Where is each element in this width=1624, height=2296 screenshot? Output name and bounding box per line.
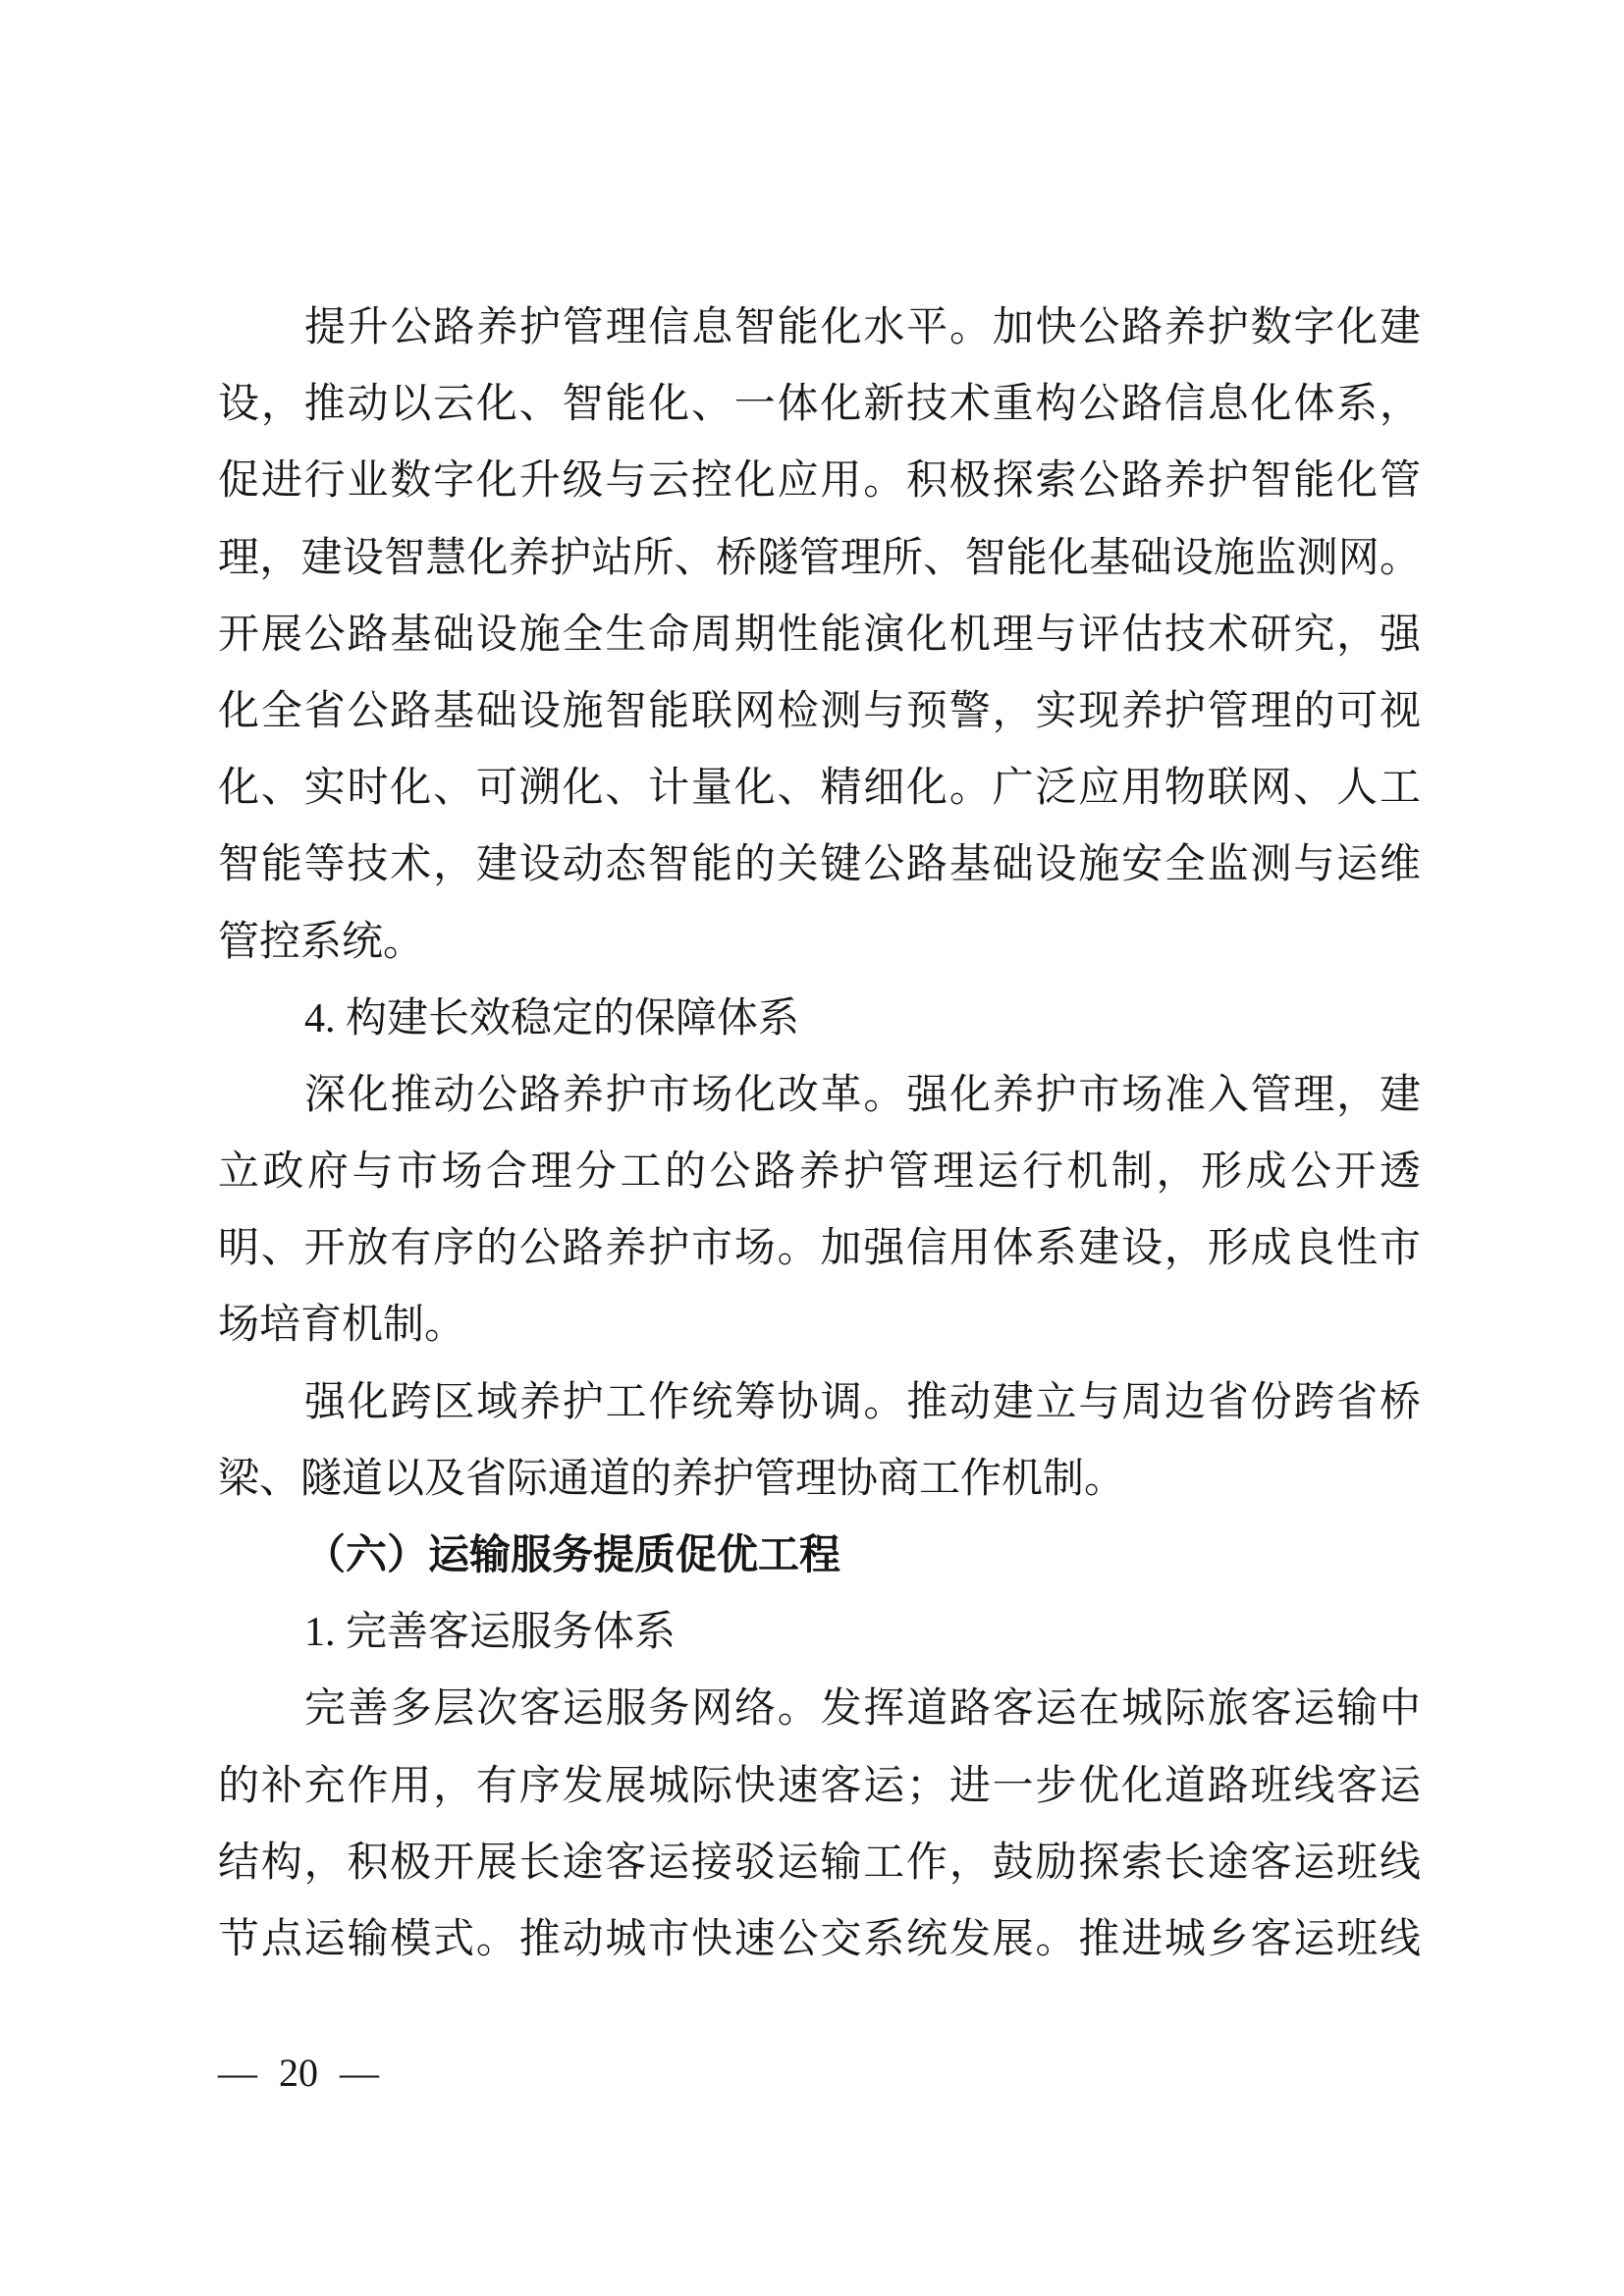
body-line: 的补充作用，有序发展城际快速客运；进一步优化道路班线客运: [218, 1748, 1421, 1825]
footer-right-dash: —: [340, 2050, 379, 2097]
body-line: 深化推动公路养护市场化改革。强化养护市场准入管理，建: [218, 1057, 1421, 1134]
body-line: 开展公路基础设施全生命周期性能演化机理与评估技术研究，强: [218, 597, 1421, 673]
body-line: 完善多层次客运服务网络。发挥道路客运在城际旅客运输中: [218, 1671, 1421, 1747]
footer-left-dash: —: [218, 2050, 257, 2097]
body-line: 促进行业数字化升级与云控化应用。积极探索公路养护智能化管: [218, 443, 1421, 519]
body-line: 理，建设智慧化养护站所、桥隧管理所、智能化基础设施监测网。: [218, 520, 1421, 597]
body-line: 提升公路养护管理信息智能化水平。加快公路养护数字化建: [218, 290, 1421, 366]
body-line: 管控系统。: [218, 904, 1421, 981]
body-line: 强化跨区域养护工作统筹协调。推动建立与周边省份跨省桥: [218, 1364, 1421, 1441]
body-line: 结构，积极开展长途客运接驳运输工作，鼓励探索长途客运班线: [218, 1825, 1421, 1901]
body-line: 智能等技术，建设动态智能的关键公路基础设施安全监测与运维: [218, 827, 1421, 903]
document-page: 提升公路养护管理信息智能化水平。加快公路养护数字化建设，推动以云化、智能化、一体…: [0, 0, 1624, 2296]
body-line: 明、开放有序的公路养护市场。加强信用体系建设，形成良性市: [218, 1210, 1421, 1287]
page-footer: — 20 —: [218, 2050, 379, 2097]
body-line: 化、实时化、可溯化、计量化、精细化。广泛应用物联网、人工: [218, 750, 1421, 827]
numbered-heading: 1. 完善客运服务体系: [218, 1594, 1421, 1671]
page-number: 20: [279, 2050, 318, 2097]
section-heading: （六）运输服务提质促优工程: [218, 1518, 1421, 1594]
numbered-heading: 4. 构建长效稳定的保障体系: [218, 981, 1421, 1057]
body-line: 节点运输模式。推动城市快速公交系统发展。推进城乡客运班线: [218, 1901, 1421, 1978]
body-line: 设，推动以云化、智能化、一体化新技术重构公路信息化体系，: [218, 366, 1421, 443]
body-line: 场培育机制。: [218, 1287, 1421, 1363]
document-body: 提升公路养护管理信息智能化水平。加快公路养护数字化建设，推动以云化、智能化、一体…: [218, 290, 1421, 1978]
body-line: 化全省公路基础设施智能联网检测与预警，实现养护管理的可视: [218, 673, 1421, 750]
body-line: 立政府与市场合理分工的公路养护管理运行机制，形成公开透: [218, 1134, 1421, 1210]
body-line: 梁、隧道以及省际通道的养护管理协商工作机制。: [218, 1441, 1421, 1518]
